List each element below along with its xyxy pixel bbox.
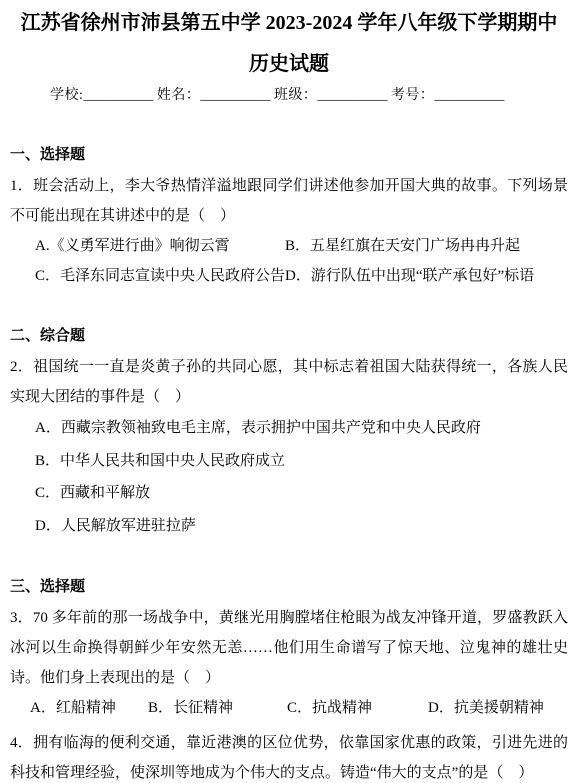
question-1-option-d: D．游行队伍中出现“联产承包好”标语 xyxy=(285,261,534,291)
question-3-options-row: A．红船精神 B．长征精神 C．抗战精神 D．抗美援朝精神 xyxy=(10,693,568,723)
student-info-row: 学校:__________ 姓名：__________ 班级：_________… xyxy=(10,85,568,107)
question-2-option-d: D．人民解放军进驻拉萨 xyxy=(10,510,568,543)
exam-no-blank: __________ xyxy=(434,85,504,107)
question-1-options-row-1: A.《义勇军进行曲》响彻云霄 B．五星红旗在天安门广场冉冉升起 xyxy=(10,231,568,261)
paper-title-line2: 历史试题 xyxy=(10,52,568,76)
section-2-heading: 二、综合题 xyxy=(10,325,568,347)
class-blank: __________ xyxy=(317,85,387,107)
section-3: 三、选择题 3．70 多年前的那一场战争中，黄继光用胸膛堵住枪眼为战友冲锋开道，… xyxy=(10,576,568,783)
question-2-options: A．西藏宗教领袖致电毛主席，表示拥护中国共产党和中央人民政府 B．中华人民共和国… xyxy=(10,412,568,542)
question-2-text: 2．祖国统一一直是炎黄子孙的共同心愿，其中标志着祖国大陆获得统一，各族人民实现大… xyxy=(10,352,568,412)
section-1: 一、选择题 1．班会活动上，李大爷热情洋溢地跟同学们讲述他参加开国大典的故事。下… xyxy=(10,144,568,291)
class-label: 班级： xyxy=(274,88,318,103)
section-3-heading: 三、选择题 xyxy=(10,576,568,598)
question-2-option-b: B．中华人民共和国中央人民政府成立 xyxy=(10,445,568,478)
school-blank: __________ xyxy=(83,85,153,107)
section-2: 二、综合题 2．祖国统一一直是炎黄子孙的共同心愿，其中标志着祖国大陆获得统一，各… xyxy=(10,325,568,542)
question-3-option-b: B．长征精神 xyxy=(148,693,287,723)
question-1-text: 1．班会活动上，李大爷热情洋溢地跟同学们讲述他参加开国大典的故事。下列场景不可能… xyxy=(10,171,568,231)
question-3-text: 3．70 多年前的那一场战争中，黄继光用胸膛堵住枪眼为战友冲锋开道，罗盛教跃入冰… xyxy=(10,603,568,693)
paper-title-line1: 江苏省徐州市沛县第五中学 2023-2024 学年八年级下学期期中 xyxy=(10,10,568,37)
question-2-option-a: A．西藏宗教领袖致电毛主席，表示拥护中国共产党和中央人民政府 xyxy=(10,412,568,445)
school-label: 学校: xyxy=(50,88,83,103)
exam-paper-page: 江苏省徐州市沛县第五中学 2023-2024 学年八年级下学期期中 历史试题 学… xyxy=(0,0,578,783)
question-1-option-a: A.《义勇军进行曲》响彻云霄 xyxy=(35,231,285,261)
question-3-option-c: C．抗战精神 xyxy=(287,693,428,723)
question-1-options-row-2: C．毛泽东同志宣读中央人民政府公告 D．游行队伍中出现“联产承包好”标语 xyxy=(10,261,568,291)
question-2-option-c: C．西藏和平解放 xyxy=(10,477,568,510)
name-blank: __________ xyxy=(200,85,270,107)
name-label: 姓名： xyxy=(157,88,201,103)
section-1-heading: 一、选择题 xyxy=(10,144,568,166)
question-3-option-d: D．抗美援朝精神 xyxy=(428,693,544,723)
question-1-option-b: B．五星红旗在天安门广场冉冉升起 xyxy=(285,231,520,261)
question-1-option-c: C．毛泽东同志宣读中央人民政府公告 xyxy=(35,261,285,291)
question-3-option-a: A．红船精神 xyxy=(30,693,148,723)
question-4-text: 4．拥有临海的便利交通，靠近港澳的区位优势，依靠国家优惠的政策，引进先进的科技和… xyxy=(10,728,568,783)
exam-no-label: 考号： xyxy=(391,88,435,103)
